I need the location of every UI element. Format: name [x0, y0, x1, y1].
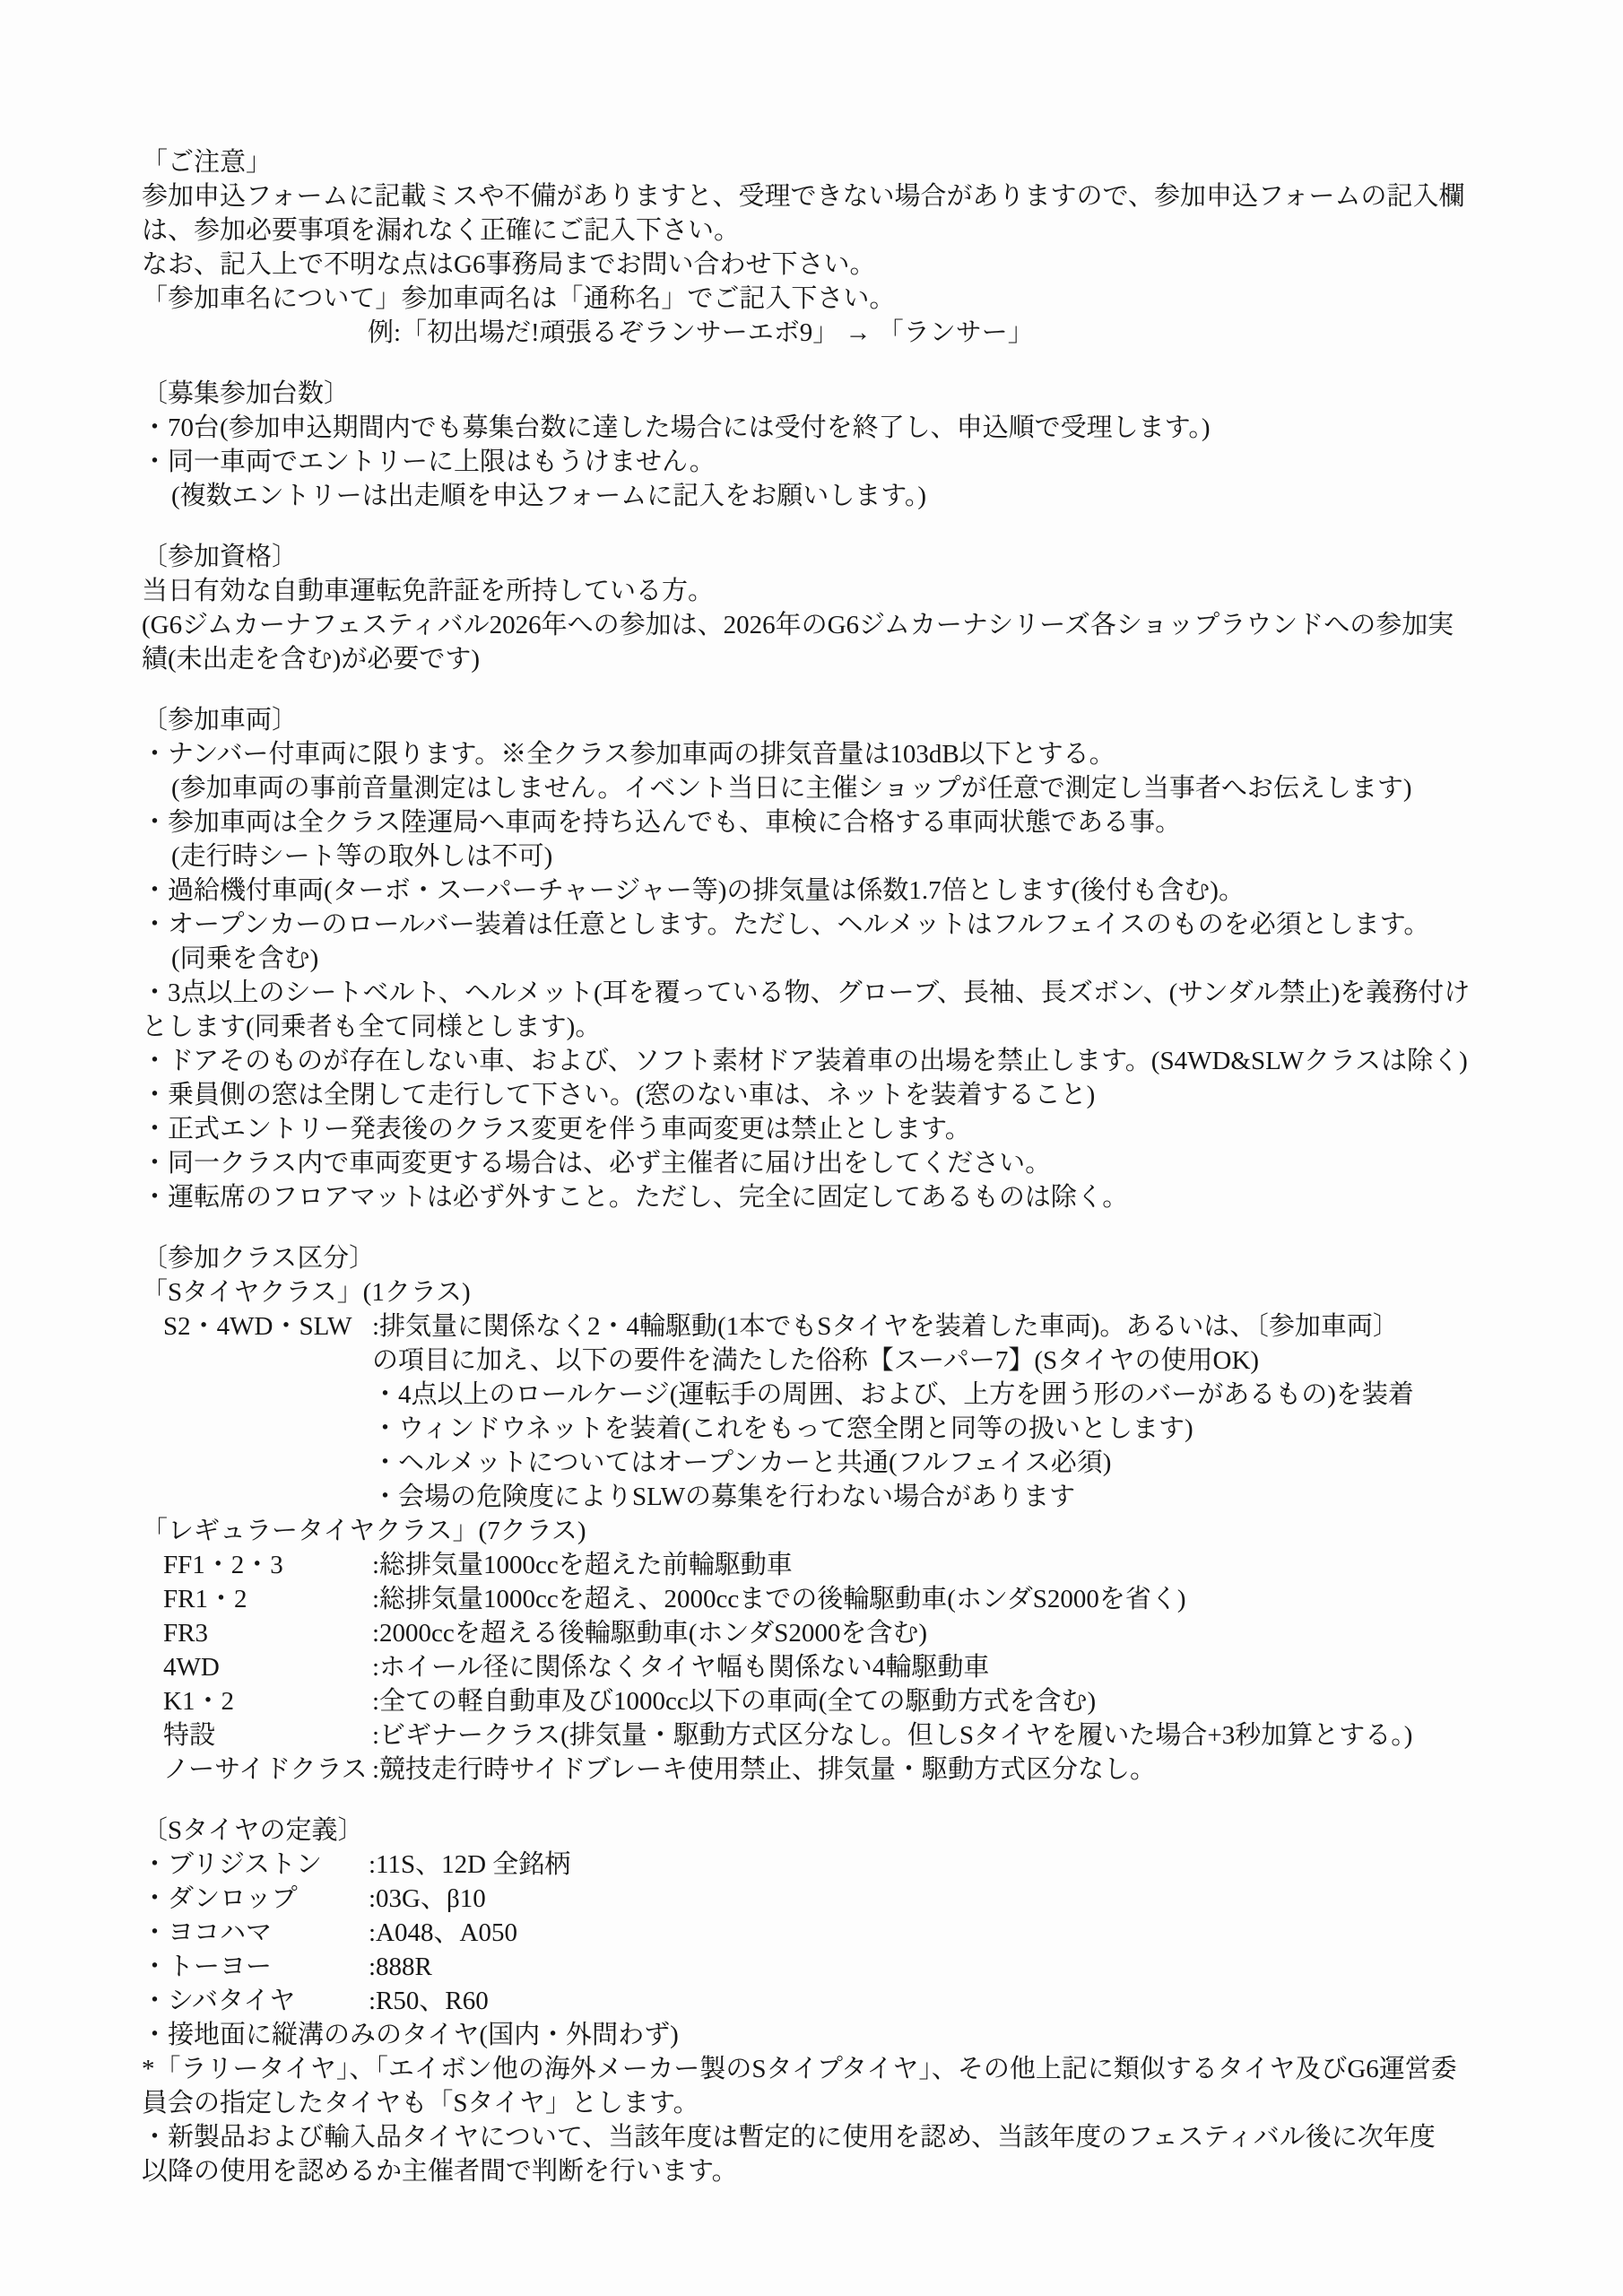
text-line: ・ドアそのものが存在しない車、および、ソフト素材ドア装着車の出場を禁止します。(…	[142, 1044, 1542, 1078]
text-line: ・新製品および輸入品タイヤについて、当該年度は暫定的に使用を認め、当該年度のフェ…	[142, 2120, 1542, 2154]
text-line: ・乗員側の窓は全閉して走行して下さい。(窓のない車は、ネットを装着すること)	[142, 1078, 1542, 1112]
section-eligible-vehicles: 〔参加車両〕・ナンバー付車両に限ります。※全クラス参加車両の排気音量は103dB…	[142, 703, 1542, 1214]
tire-brand: ・ヨコハマ	[142, 1916, 369, 1950]
class-name: K1・2	[142, 1684, 372, 1718]
subsection-heading: 「レギュラータイヤクラス」(7クラス)	[142, 1514, 1542, 1548]
tire-models: :03G、β10	[369, 1882, 1542, 1916]
section-s-tire-definition: 〔Sタイヤの定義〕・ブリジストン:11S、12D 全銘柄・ダンロップ:03G、β…	[142, 1813, 1542, 2188]
class-description: ・ウィンドウネットを装着(これをもって窓全閉と同等の扱いとします)	[372, 1412, 1542, 1446]
text-line: ・3点以上のシートベルト、ヘルメット(耳を覆っている物、グローブ、長袖、長ズボン…	[142, 976, 1542, 1010]
text-line: ・運転席のフロアマットは必ず外すこと。ただし、完全に固定してあるものは除く。	[142, 1180, 1542, 1214]
example-line: 例:「初出場だ!頑張るぞランサーエボ9」 → 「ランサー」	[142, 316, 1542, 350]
text-line: 当日有効な自動車運転免許証を所持している方。	[142, 574, 1542, 608]
class-description: の項目に加え、以下の要件を満たした俗称【スーパー7】(Sタイヤの使用OK)	[372, 1344, 1542, 1378]
text-line: ・同一クラス内で車両変更する場合は、必ず主催者に届け出をしてください。	[142, 1146, 1542, 1180]
class-definition-row: ノーサイドクラス:競技走行時サイドブレーキ使用禁止、排気量・駆動方式区分なし。	[142, 1752, 1542, 1787]
class-description: :排気量に関係なく2・4輪駆動(1本でもSタイヤを装着した車両)。あるいは、〔参…	[372, 1309, 1542, 1344]
text-line: とします(同乗者も全て同様とします)。	[142, 1010, 1542, 1044]
class-description: :競技走行時サイドブレーキ使用禁止、排気量・駆動方式区分なし。	[372, 1752, 1542, 1787]
class-name	[142, 1378, 372, 1412]
class-definition-row: FR3:2000ccを超える後輪駆動車(ホンダS2000を含む)	[142, 1616, 1542, 1650]
section-heading: 〔参加車両〕	[142, 703, 1542, 737]
text-line: (同乗を含む)	[142, 942, 1542, 976]
tire-models: :11S、12D 全銘柄	[369, 1848, 1542, 1882]
text-line: (G6ジムカーナフェスティバル2026年への参加は、2026年のG6ジムカーナシ…	[142, 608, 1542, 642]
class-definition-row: 特設:ビギナークラス(排気量・駆動方式区分なし。但しSタイヤを履いた場合+3秒加…	[142, 1718, 1542, 1752]
class-name	[142, 1446, 372, 1480]
class-name: FR1・2	[142, 1582, 372, 1616]
section-heading: 「ご注意」	[142, 145, 1542, 179]
class-definition-row: FR1・2:総排気量1000ccを超え、2000ccまでの後輪駆動車(ホンダS2…	[142, 1582, 1542, 1616]
text-line: ・過給機付車両(ターボ・スーパーチャージャー等)の排気量は係数1.7倍とします(…	[142, 874, 1542, 908]
class-definition-row: ・ウィンドウネットを装着(これをもって窓全閉と同等の扱いとします)	[142, 1412, 1542, 1446]
text-line: (参加車両の事前音量測定はしません。イベント当日に主催ショップが任意で測定し当事…	[142, 771, 1542, 805]
class-name: FF1・2・3	[142, 1548, 372, 1582]
text-line: 員会の指定したタイヤも「Sタイヤ」とします。	[142, 2086, 1542, 2120]
class-description: :ビギナークラス(排気量・駆動方式区分なし。但しSタイヤを履いた場合+3秒加算と…	[372, 1718, 1542, 1752]
text-line: 績(未出走を含む)が必要です)	[142, 642, 1542, 676]
subsection-heading: 「Sタイヤクラス」(1クラス)	[142, 1275, 1542, 1309]
class-definition-row: の項目に加え、以下の要件を満たした俗称【スーパー7】(Sタイヤの使用OK)	[142, 1344, 1542, 1378]
section-class-divisions: 〔参加クラス区分〕「Sタイヤクラス」(1クラス)S2・4WD・SLW:排気量に関…	[142, 1241, 1542, 1787]
tire-definition-row: ・ダンロップ:03G、β10	[142, 1882, 1542, 1916]
tire-definition-row: ・ブリジストン:11S、12D 全銘柄	[142, 1848, 1542, 1882]
tire-brand: ・トーヨー	[142, 1950, 369, 1984]
document-page: 「ご注意」参加申込フォームに記載ミスや不備がありますと、受理できない場合がありま…	[0, 0, 1623, 2296]
class-description: ・ヘルメットについてはオープンカーと共通(フルフェイス必須)	[372, 1446, 1542, 1480]
class-definition-row: K1・2:全ての軽自動車及び1000cc以下の車両(全ての駆動方式を含む)	[142, 1684, 1542, 1718]
tire-brand: ・ダンロップ	[142, 1882, 369, 1916]
section-notice: 「ご注意」参加申込フォームに記載ミスや不備がありますと、受理できない場合がありま…	[142, 145, 1542, 350]
class-description: ・会場の危険度によりSLWの募集を行わない場合があります	[372, 1480, 1542, 1514]
class-description: :総排気量1000ccを超え、2000ccまでの後輪駆動車(ホンダS2000を省…	[372, 1582, 1542, 1616]
text-line: 参加申込フォームに記載ミスや不備がありますと、受理できない場合がありますので、参…	[142, 179, 1542, 213]
text-line: *「ラリータイヤ」、「エイボン他の海外メーカー製のSタイプタイヤ」、その他上記に…	[142, 2052, 1542, 2086]
class-definition-row: ・4点以上のロールケージ(運転手の周囲、および、上方を囲う形のバーがあるもの)を…	[142, 1378, 1542, 1412]
class-definition-row: S2・4WD・SLW:排気量に関係なく2・4輪駆動(1本でもSタイヤを装着した車…	[142, 1309, 1542, 1344]
text-line: ・オープンカーのロールバー装着は任意とします。ただし、ヘルメットはフルフェイスの…	[142, 908, 1542, 942]
class-definition-row: ・ヘルメットについてはオープンカーと共通(フルフェイス必須)	[142, 1446, 1542, 1480]
text-line: (走行時シート等の取外しは不可)	[142, 839, 1542, 874]
section-eligibility: 〔参加資格〕当日有効な自動車運転免許証を所持している方。(G6ジムカーナフェステ…	[142, 540, 1542, 676]
tire-models: :R50、R60	[369, 1984, 1542, 2018]
text-line: ・接地面に縦溝のみのタイヤ(国内・外問わず)	[142, 2018, 1542, 2052]
section-heading: 〔募集参加台数〕	[142, 377, 1542, 411]
text-line: ・参加車両は全クラス陸運局へ車両を持ち込んでも、車検に合格する車両状態である事。	[142, 805, 1542, 839]
section-heading: 〔参加資格〕	[142, 540, 1542, 574]
text-line: ・同一車両でエントリーに上限はもうけません。	[142, 445, 1542, 479]
tire-models: :A048、A050	[369, 1916, 1542, 1950]
class-description: :総排気量1000ccを超えた前輪駆動車	[372, 1548, 1542, 1582]
class-definition-row: FF1・2・3:総排気量1000ccを超えた前輪駆動車	[142, 1548, 1542, 1582]
class-name: ノーサイドクラス	[142, 1752, 372, 1787]
tire-definition-row: ・シバタイヤ:R50、R60	[142, 1984, 1542, 2018]
class-description: ・4点以上のロールケージ(運転手の周囲、および、上方を囲う形のバーがあるもの)を…	[372, 1378, 1542, 1412]
class-name	[142, 1344, 372, 1378]
tire-definition-row: ・ヨコハマ:A048、A050	[142, 1916, 1542, 1950]
section-entry-capacity: 〔募集参加台数〕・70台(参加申込期間内でも募集台数に達した場合には受付を終了し…	[142, 377, 1542, 513]
text-line: (複数エントリーは出走順を申込フォームに記入をお願いします。)	[142, 479, 1542, 513]
class-name: 特設	[142, 1718, 372, 1752]
text-line: は、参加必要事項を漏れなく正確にご記入下さい。	[142, 213, 1542, 248]
class-description: :ホイール径に関係なくタイヤ幅も関係ない4輪駆動車	[372, 1650, 1542, 1684]
class-name	[142, 1480, 372, 1514]
class-definition-row: 4WD:ホイール径に関係なくタイヤ幅も関係ない4輪駆動車	[142, 1650, 1542, 1684]
text-line: ・ナンバー付車両に限ります。※全クラス参加車両の排気音量は103dB以下とする。	[142, 737, 1542, 771]
class-name: 4WD	[142, 1650, 372, 1684]
class-description: :2000ccを超える後輪駆動車(ホンダS2000を含む)	[372, 1616, 1542, 1650]
class-name: FR3	[142, 1616, 372, 1650]
class-definition-row: ・会場の危険度によりSLWの募集を行わない場合があります	[142, 1480, 1542, 1514]
text-line: ・正式エントリー発表後のクラス変更を伴う車両変更は禁止とします。	[142, 1112, 1542, 1146]
tire-brand: ・ブリジストン	[142, 1848, 369, 1882]
text-line: なお、記入上で不明な点はG6事務局までお問い合わせ下さい。	[142, 248, 1542, 282]
text-line: ・70台(参加申込期間内でも募集台数に達した場合には受付を終了し、申込順で受理し…	[142, 411, 1542, 445]
text-line: 「参加車名について」参加車両名は「通称名」でご記入下さい。	[142, 282, 1542, 316]
class-name	[142, 1412, 372, 1446]
section-heading: 〔Sタイヤの定義〕	[142, 1813, 1542, 1848]
tire-brand: ・シバタイヤ	[142, 1984, 369, 2018]
tire-models: :888R	[369, 1950, 1542, 1984]
class-name: S2・4WD・SLW	[142, 1309, 372, 1344]
text-line: 以降の使用を認めるか主催者間で判断を行います。	[142, 2154, 1542, 2188]
class-description: :全ての軽自動車及び1000cc以下の車両(全ての駆動方式を含む)	[372, 1684, 1542, 1718]
tire-definition-row: ・トーヨー:888R	[142, 1950, 1542, 1984]
section-heading: 〔参加クラス区分〕	[142, 1241, 1542, 1275]
